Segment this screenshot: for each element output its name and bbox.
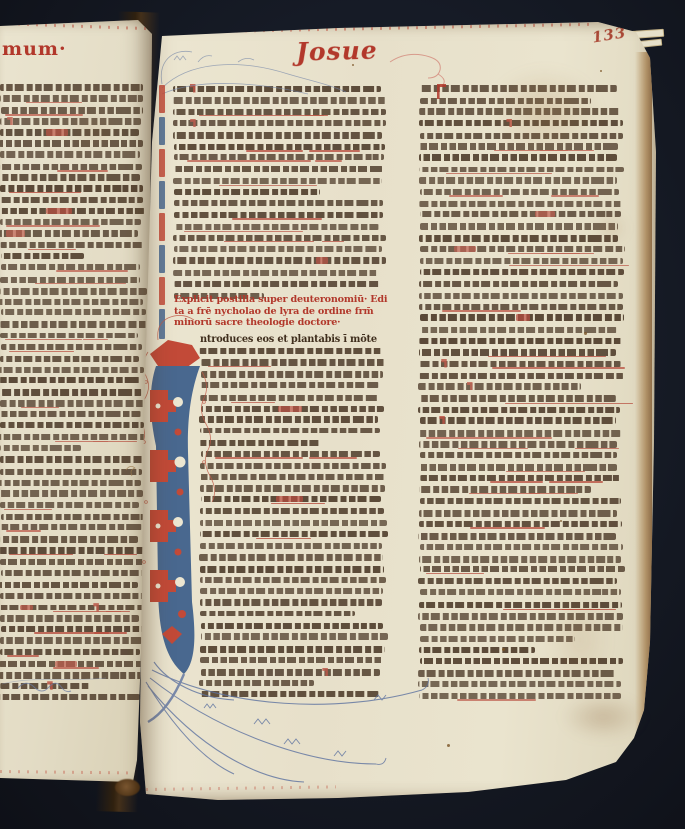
red-underline [9,554,73,556]
script-line [173,120,386,126]
script-line [420,452,618,458]
script-line [419,693,621,699]
rubricated-word [516,314,530,320]
script-line [200,691,379,697]
script-line [173,257,386,264]
script-line [1,570,148,577]
script-line [0,649,140,655]
script-line [420,624,623,631]
script-line [174,246,383,253]
script-line [173,178,382,184]
red-underline [6,530,41,532]
script-line [418,533,616,540]
red-underline [541,253,594,255]
rubricated-word [6,230,25,237]
script-line [419,441,617,447]
red-underline [490,481,542,483]
script-line [418,407,620,413]
script-line [419,177,617,184]
left-page-text-block [0,20,154,786]
script-line [0,469,142,476]
script-line [200,474,385,480]
script-line [173,235,386,241]
script-line [0,174,140,180]
script-line [201,359,386,366]
script-line [200,577,386,584]
script-line [0,536,138,543]
script-line [0,197,143,203]
script-line [174,154,384,160]
script-line [420,269,624,275]
script-line [420,475,621,481]
paraph-mark [7,117,13,126]
rubricated-word [454,246,476,253]
script-line [0,242,144,248]
script-line [1,389,142,395]
rubricated-word [278,406,302,413]
script-line [419,167,624,173]
rubricated-word [535,211,555,217]
rubric-line: minorū sacre theologie doctore· [174,317,390,329]
red-underline [246,150,303,152]
red-underline [208,366,271,368]
script-line [200,531,388,537]
script-line [420,98,591,104]
script-line [0,151,140,158]
script-line [0,140,143,147]
script-line [419,338,623,344]
script-line [418,464,617,471]
paraph-mark [506,119,512,128]
red-underline [256,538,310,540]
script-line [419,361,621,367]
script-line [200,463,387,469]
rubricated-word [316,257,328,264]
paraph-mark [47,681,53,690]
left-page: mum· [0,20,154,786]
script-line [420,133,623,139]
script-line [201,633,388,640]
script-line [420,498,621,504]
script-line [173,270,378,276]
script-line [0,422,144,428]
script-line [201,623,383,629]
script-line [0,333,138,339]
red-underline [449,195,503,197]
script-line [419,304,623,310]
paraph-mark [322,668,328,677]
script-line [0,445,81,451]
script-line [419,201,622,208]
red-underline [426,437,552,439]
script-line [0,434,146,441]
script-line [201,496,381,502]
paraph-mark [439,416,445,425]
script-line [1,309,147,315]
red-underline [506,471,586,473]
script-line [174,224,379,231]
script-line [419,349,616,355]
script-line [419,647,535,654]
script-line [201,371,383,378]
red-underline [562,609,601,611]
red-underline [94,632,127,634]
script-line [420,314,625,320]
paraph-mark [467,382,473,391]
script-line [419,293,622,300]
red-underline [549,481,603,483]
script-line [200,520,386,527]
rubric-line: ta a frē nycholao de lyra de ordine frm̄ [174,306,390,318]
red-underline [53,667,99,669]
script-line [0,321,147,328]
red-underline [187,160,311,162]
script-line [420,589,621,595]
red-underline [26,102,82,104]
red-underline [93,441,108,443]
script-line [0,367,144,374]
script-line [174,189,319,195]
script-line [1,107,143,114]
script-line [173,97,386,103]
script-line [420,223,619,229]
script-line [0,129,139,135]
red-underline [21,407,59,409]
script-line [420,658,623,664]
red-underline [4,509,53,511]
script-line [199,416,378,423]
red-underline [57,170,108,172]
script-line [173,132,382,138]
red-underline [492,367,626,369]
script-line [200,646,385,653]
script-line [174,166,382,172]
red-underline [104,554,137,556]
script-line [420,636,576,642]
script-line [0,377,140,383]
script-line [0,118,141,125]
rubricated-word [20,605,33,611]
script-line [200,485,386,492]
script-line [174,281,380,287]
script-line [173,86,381,92]
rubricated-word [46,208,72,214]
script-line [0,672,142,679]
rubric-line: Explicit postilla super deuteronomiū· Ed… [174,294,390,306]
red-underline [309,457,357,459]
script-line [0,84,143,91]
red-underline [575,448,619,450]
red-underline [224,241,314,243]
script-line [200,657,384,663]
red-underline [184,231,303,233]
script-line [0,456,147,463]
rubricated-word [46,129,68,135]
script-line [419,108,622,115]
script-line [201,451,381,458]
red-underline [28,249,75,251]
red-underline [232,218,322,220]
script-line [201,406,385,413]
script-line [420,544,623,551]
red-underline [271,503,325,505]
red-underline [322,241,343,243]
speck [600,70,602,72]
red-underline [56,270,127,272]
red-underline [458,448,527,450]
red-underline [509,265,629,267]
speck [352,64,354,66]
red-underline [315,160,342,162]
script-line [419,395,616,402]
script-line [419,154,617,161]
text-columns [138,22,658,802]
script-line [0,299,143,305]
script-line [200,611,355,617]
speck [447,744,450,747]
script-line [419,373,624,379]
script-line [199,554,383,560]
script-line [174,144,385,151]
script-line [419,281,618,287]
red-underline [215,457,303,459]
script-line [0,356,139,363]
red-underline [551,195,599,197]
red-underline [7,655,39,657]
script-line [0,637,142,644]
paraph-mark [190,84,196,93]
rubricated-word [55,661,77,667]
script-line [0,694,140,700]
script-line [418,383,581,390]
script-line [199,440,320,447]
rubricated-word [276,496,303,502]
red-underline [488,356,606,358]
script-line [200,599,382,606]
script-line [0,219,141,225]
red-underline [505,403,633,405]
script-line [0,593,144,599]
script-line [419,120,623,126]
script-line [0,547,145,554]
script-line [419,602,622,609]
paraph-mark [441,359,447,368]
script-line [1,253,84,259]
script-line [418,143,618,150]
red-underline [470,527,545,529]
script-line [0,502,139,508]
script-line [199,348,382,354]
script-line [420,327,617,333]
script-line [0,411,141,417]
script-line [418,681,621,687]
red-underline [309,150,360,152]
red-underline [305,115,328,117]
script-line [0,400,147,406]
script-line [200,566,384,573]
script-line [0,490,143,497]
script-line [0,230,138,237]
red-underline [106,611,120,613]
script-line [420,566,625,572]
red-underline [35,283,127,285]
script-line [174,200,384,206]
script-line [418,670,615,676]
script-line [0,288,147,295]
red-underline [5,114,83,116]
script-line [200,588,383,595]
script-line [420,417,616,424]
script-line [419,556,622,563]
red-underline [529,493,577,495]
incipit-line: ntroduces eos et plantabis ī mōte [200,334,390,345]
rubric-colophon: Explicit postilla super deuteronomiū· Ed… [174,294,390,329]
script-line [0,559,146,565]
script-line [420,258,623,264]
right-page: Josue 133 Explicit postilla super deuter… [138,22,658,802]
red-underline [457,699,536,701]
script-line [0,208,145,214]
red-underline [540,150,594,152]
red-underline [83,339,108,341]
script-line [174,212,383,218]
script-line [419,510,617,517]
red-underline [442,310,522,312]
red-underline [219,185,317,187]
manuscript-photo: mum· Josue 133 Explicit postilla super d… [0,0,685,829]
red-underline [231,402,276,404]
red-underline [446,173,552,175]
script-line [199,680,314,686]
script-line [420,85,618,92]
red-underline [5,339,81,341]
script-line [0,95,143,102]
script-line [200,428,380,434]
script-line [0,277,140,283]
script-line [0,661,144,667]
script-line [420,211,621,217]
script-line [420,246,625,253]
script-line [418,613,623,620]
speck [560,520,562,522]
script-line [0,615,139,622]
script-line [419,235,618,242]
script-line [0,164,142,170]
script-line [1,626,145,632]
script-line [419,486,591,493]
script-line [201,669,380,675]
script-line [419,521,622,527]
script-line [1,514,144,520]
script-line [0,185,142,192]
script-line [0,605,144,611]
script-line [0,480,141,487]
paraph-mark [190,119,196,128]
speck [502,648,505,651]
script-line [200,395,379,402]
script-line [0,582,138,588]
script-line [0,524,142,530]
script-line [1,264,141,270]
script-line [200,543,383,549]
script-line [418,578,616,584]
red-underline [426,573,483,575]
script-line [173,109,386,115]
script-line [0,683,90,689]
red-underline [9,192,82,194]
speck [584,332,587,335]
red-underline [6,225,100,227]
script-line [200,382,379,388]
script-line [418,430,621,437]
binding-sewing [115,779,140,796]
script-line [200,508,384,514]
red-underline [9,351,74,353]
script-line [420,189,619,195]
script-line [1,344,143,351]
